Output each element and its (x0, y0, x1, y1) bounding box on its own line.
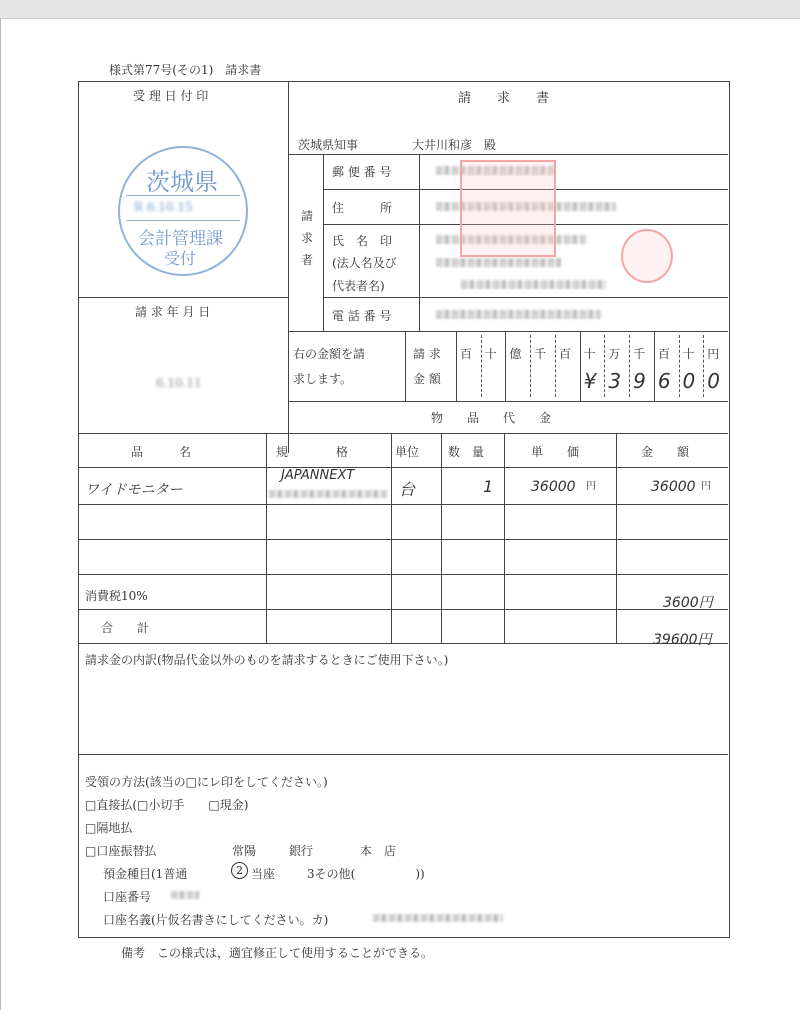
viewer-toolbar (0, 0, 800, 19)
goods-caption: 物 品 代 金 (431, 409, 551, 426)
amount-statement-1: 右の金額を請 (293, 345, 365, 362)
personal-seal (621, 229, 673, 283)
column-header: 品 名 (131, 443, 191, 460)
name-label-2: (法人名及び (332, 254, 397, 271)
document-page: 様式第77号(その1) 請求書 受 理 日 付 印 茨城県 R 6.10.15 … (0, 19, 800, 1010)
item-spec: JAPANNEXT (281, 468, 354, 483)
deposit-type-1: 預金種目(1普通 (103, 865, 187, 882)
receipt-date-stamp: 茨城県 R 6.10.15 会計管理課 受付 (118, 146, 248, 276)
bank-name: 常陽 (232, 842, 256, 859)
item-spec-model (269, 490, 387, 498)
column-header: 規 格 (276, 443, 348, 460)
digit-value: 0 (707, 369, 720, 393)
item-name: ワイドモニター (85, 479, 183, 499)
deposit-type-3: 3その他( )) (307, 865, 425, 882)
total-amount: 39600円 (653, 629, 712, 649)
request-date-value: 6.10.11 (156, 376, 202, 390)
account-name-value (373, 914, 503, 922)
form-note: 備考 この様式は，適宜修正して使用することができる。 (121, 944, 433, 961)
account-number-label: 口座番号 (103, 888, 151, 905)
deposit-type-circled: 2 (231, 862, 248, 879)
column-header: 単 価 (531, 443, 579, 460)
digit-unit: 十 (683, 345, 695, 362)
account-number-value (171, 891, 199, 899)
name-label-1: 氏 名 印 (332, 232, 392, 249)
column-header: 金 額 (641, 443, 689, 460)
addressee-title: 茨城県知事 (298, 136, 358, 153)
digit-unit: 十 (485, 345, 497, 362)
request-date-label: 請 求 年 月 日 (135, 303, 210, 320)
claimant-group-label: 請求者 (301, 205, 315, 271)
digit-unit: 百 (559, 345, 571, 362)
branch-name: 本 店 (360, 842, 396, 859)
postal-label: 郵 便 番 号 (332, 163, 391, 180)
phone-label: 電 話 番 号 (332, 307, 391, 324)
column-header: 数 量 (448, 443, 484, 460)
company-name-value-2 (436, 258, 561, 267)
invoice-title: 請 求 書 (458, 87, 549, 106)
digit-unit: 百 (460, 345, 472, 362)
digit-unit: 円 (707, 345, 719, 362)
digit-unit: 百 (658, 345, 670, 362)
payment-heading: 受領の方法(該当の□にレ印をしてください。) (85, 773, 328, 790)
item-amount-unit: 円 (701, 477, 711, 492)
name-label-3: 代表者名) (332, 277, 385, 294)
deposit-type-2: 当座 (251, 865, 275, 882)
item-amount: 36000 (651, 479, 696, 495)
representative-name-value (461, 280, 606, 289)
item-unit: 台 (399, 477, 415, 500)
digit-value: 6 (658, 369, 671, 393)
tax-amount: 3600円 (663, 592, 713, 612)
digit-unit: 万 (608, 345, 620, 362)
payment-direct-option[interactable]: □直接払(□小切手 □現金) (85, 796, 248, 813)
column-header: 単位 (395, 443, 419, 460)
digit-value: 0 (683, 369, 696, 393)
company-seal (460, 160, 556, 257)
account-name-label: 口座名義(片仮名書きにしてください。カ) (103, 911, 328, 928)
amount-statement-2: 求します。 (293, 370, 352, 387)
digit-value: 3 (608, 369, 621, 393)
item-price: 36000 (531, 479, 576, 495)
bank-suffix: 銀行 (289, 842, 313, 859)
payment-remote-option[interactable]: □隔地払 (85, 819, 132, 836)
digit-value: 9 (633, 369, 646, 393)
payment-transfer-option[interactable]: □口座振替払 (85, 842, 156, 859)
digit-unit: 千 (534, 345, 546, 362)
amount-label-1: 請 求 (413, 345, 441, 362)
digit-value: ¥ (584, 369, 597, 393)
receipt-stamp-header: 受 理 日 付 印 (133, 87, 208, 104)
amount-label-2: 金 額 (413, 370, 441, 387)
address-label: 住 所 (332, 199, 392, 216)
addressee-name: 大井川和彦 殿 (412, 136, 496, 153)
breakdown-label: 請求金の内訳(物品代金以外のものを請求するときにご使用下さい。) (85, 651, 448, 668)
phone-value (436, 310, 601, 319)
digit-unit: 十 (584, 345, 596, 362)
tax-label: 消費税10% (85, 587, 148, 604)
item-qty: 1 (483, 477, 493, 496)
total-label: 合 計 (101, 619, 149, 636)
digit-unit: 千 (633, 345, 645, 362)
item-price-unit: 円 (586, 477, 596, 492)
form-id: 様式第77号(その1) 請求書 (109, 61, 261, 78)
digit-unit: 億 (509, 345, 521, 362)
